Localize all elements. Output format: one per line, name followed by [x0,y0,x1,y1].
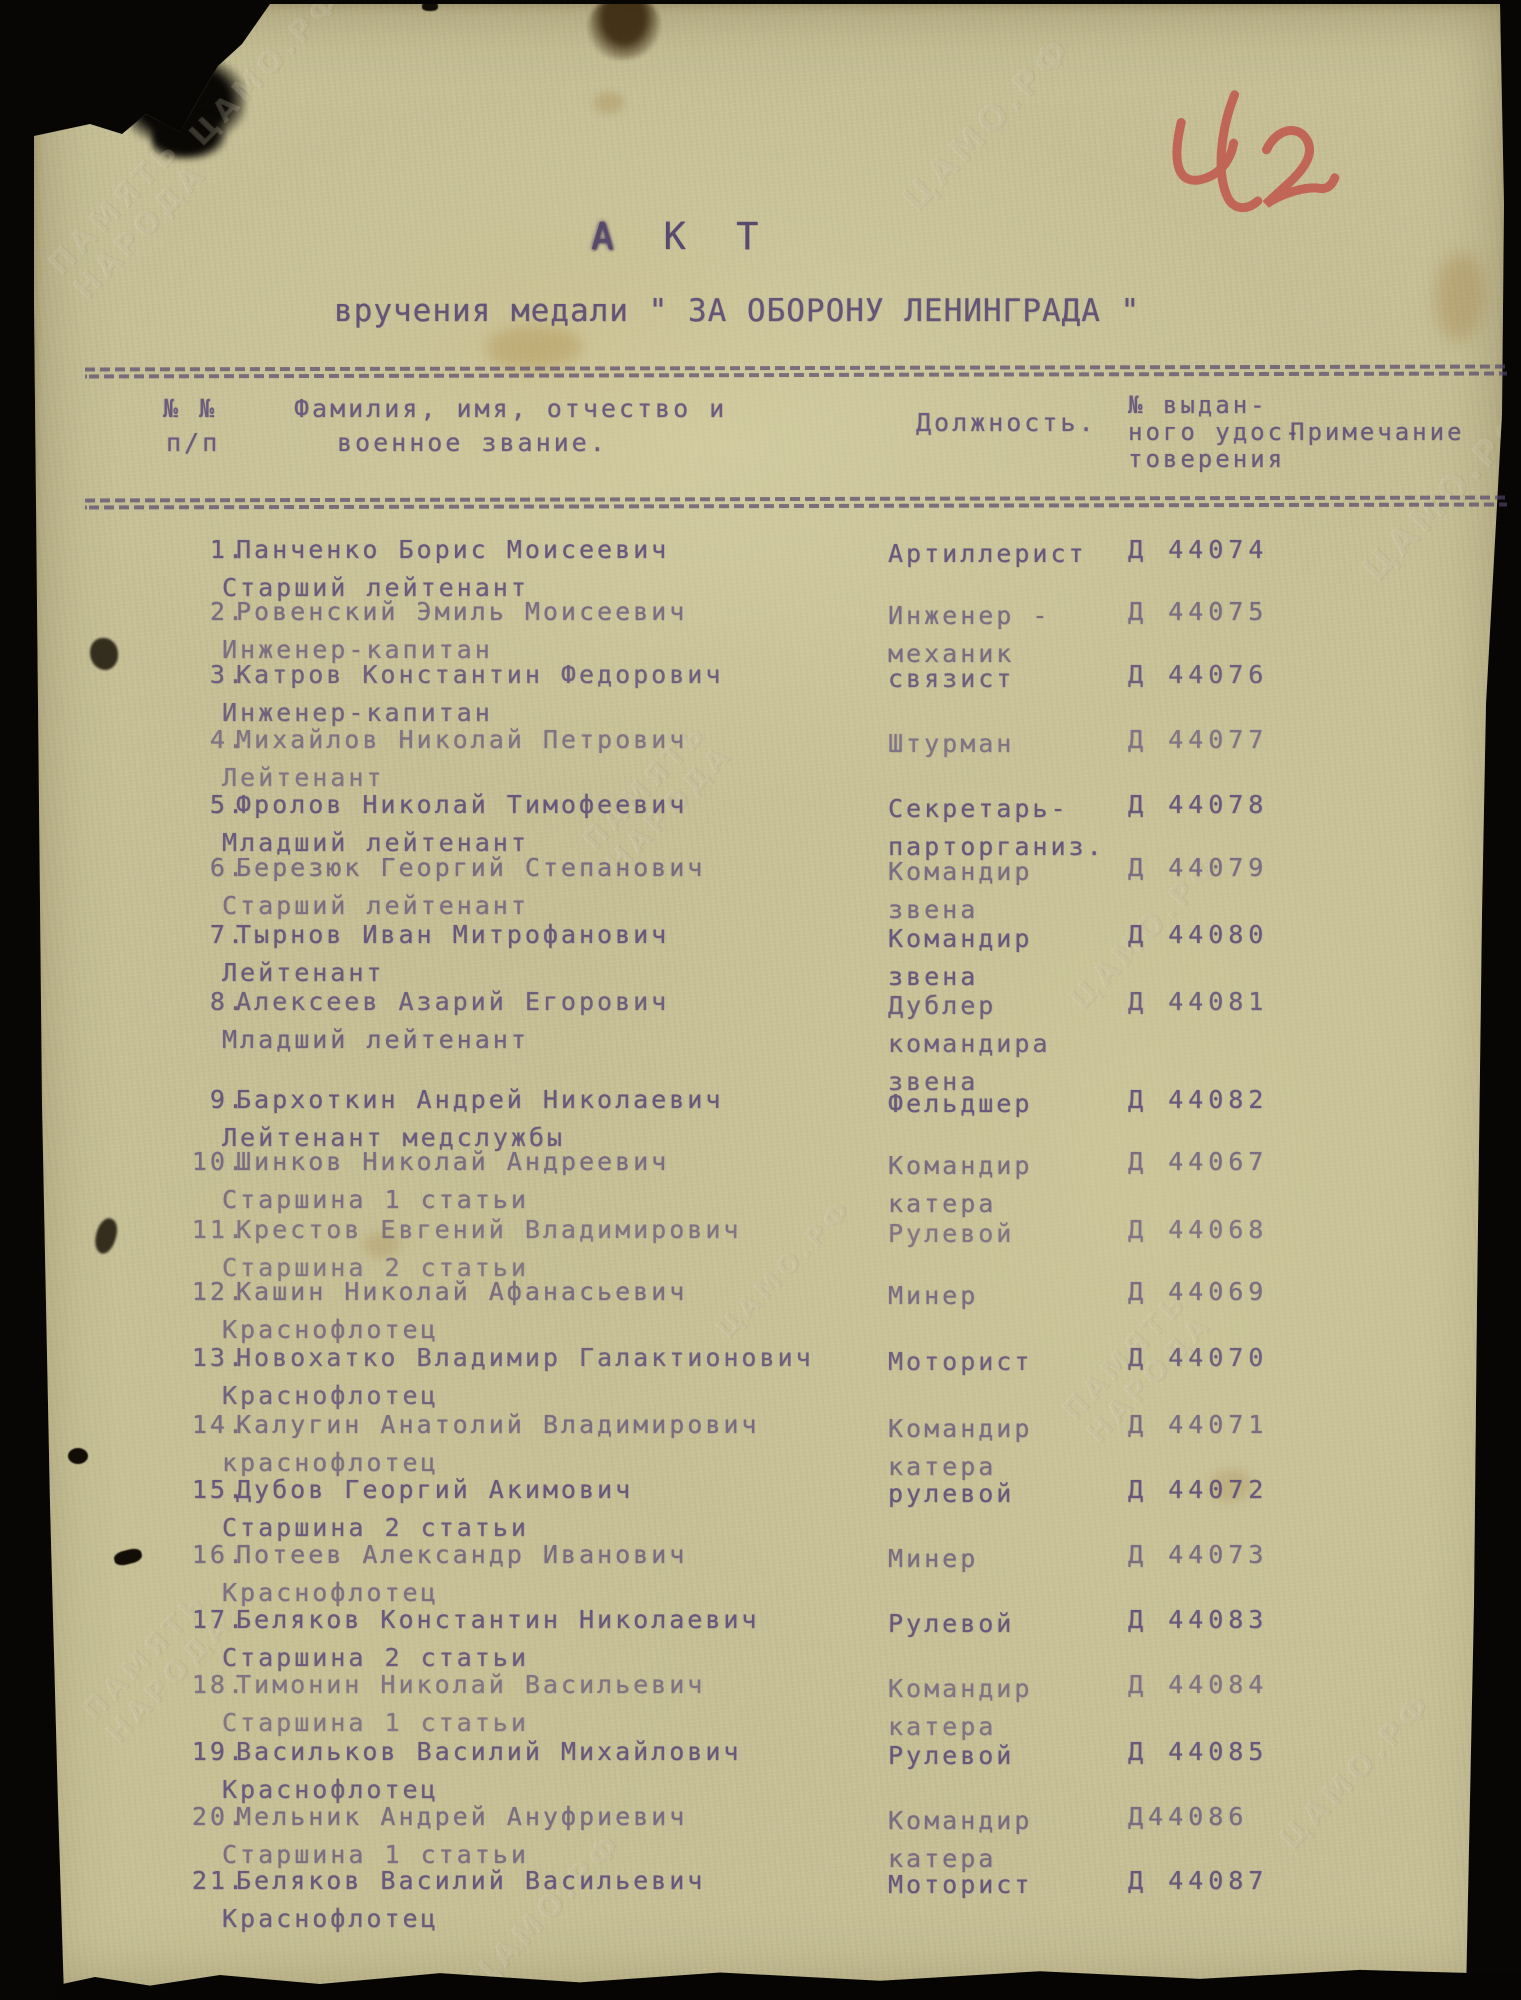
row-position: Фельдшер [888,1085,1032,1123]
row-position-line: Командир [888,1670,1032,1708]
row-name: Потеев Александр Иванович [236,1540,687,1570]
row-number: 11. [150,1215,246,1245]
row-name: Беляков Константин Николаевич [236,1605,760,1635]
row-number: 4. [150,725,246,755]
header-name-col-line1: Фамилия, имя, отчество и [294,394,727,424]
header-certificate-col-line2: ного удос- [1128,417,1303,447]
row-position: Артиллерист [888,535,1087,573]
row-name: Шинков Николай Андреевич [236,1147,669,1177]
row-position-line: Минер [888,1540,978,1578]
row-position-line: Моторист [888,1866,1032,1904]
row-name: Кашин Николай Афанасьевич [236,1277,687,1307]
row-rank: Краснофлотец [222,1578,439,1608]
row-name: Панченко Борис Моисеевич [236,535,669,565]
row-position: Дублеркомандиразвена [888,987,1050,1101]
handwritten-page-number [1143,66,1347,225]
row-name: Новохатко Владимир Галактионович [236,1343,814,1373]
row-position: Командирзвена [888,853,1032,929]
row-rank: краснофлотец [222,1448,439,1478]
row-number: 17. [150,1605,246,1635]
row-name: Беляков Василий Васильевич [236,1866,705,1896]
row-position: Командирзвена [888,920,1032,996]
row-name: Тырнов Иван Митрофанович [236,920,669,950]
header-certificate-col-line1: № выдан- [1128,390,1268,420]
header-number-col-line1: № № [163,394,217,424]
row-position-line: рулевой [888,1475,1014,1513]
row-position-line: Штурман [888,725,1014,763]
row-number: 20. [150,1802,246,1832]
row-position-line: Командир [888,853,1032,891]
row-number: 3. [150,660,246,690]
row-number: 19. [150,1737,246,1767]
table-rule-header-separator [85,496,1507,511]
row-name: Алексеев Азарий Егорович [236,987,669,1017]
row-number: 1. [150,535,246,565]
row-position-line: Рулевой [888,1737,1014,1775]
row-number: 10. [150,1147,246,1177]
row-position: Рулевой [888,1605,1014,1643]
row-rank: Старшина 1 статьи [222,1185,529,1215]
row-rank: Старший лейтенант [222,891,529,921]
row-name: Крестов Евгений Владимирович [236,1215,741,1245]
row-position-line: связист [888,660,1014,698]
row-certificate-number: Д 44080 [1128,920,1268,950]
row-rank: Лейтенант [222,763,384,793]
row-position: Командиркатера [888,1147,1032,1223]
row-certificate-number: Д 44084 [1128,1670,1268,1700]
row-certificate-number: Д 44067 [1128,1147,1268,1177]
row-certificate-number: Д 44083 [1128,1605,1268,1635]
row-rank: Инженер-капитан [222,698,493,728]
row-name: Бархоткин Андрей Николаевич [236,1085,723,1115]
row-number: 14. [150,1410,246,1440]
row-position-line: Командир [888,920,1032,958]
row-position-line: командира [888,1025,1050,1063]
row-number: 15. [150,1475,246,1505]
row-certificate-number: Д44086 [1128,1802,1248,1832]
row-number: 2. [150,597,246,627]
row-certificate-number: Д 44069 [1128,1277,1268,1307]
row-certificate-number: Д 44082 [1128,1085,1268,1115]
row-name: Мельник Андрей Ануфриевич [236,1802,687,1832]
row-rank: Старшина 2 статьи [222,1643,529,1673]
row-rank: Младший лейтенант [222,1025,529,1055]
row-number: 6. [150,853,246,883]
row-position: Минер [888,1277,978,1315]
table-row: 21. Беляков Василий Васильевич Краснофло… [0,1866,1521,1986]
row-position-line: Командир [888,1802,1032,1840]
row-name: Дубов Георгий Акимович [236,1475,633,1505]
header-certificate-col-line3: товерения [1128,444,1285,474]
document-title: А К Т [591,222,772,252]
row-number: 12. [150,1277,246,1307]
row-position-line: Дублер [888,987,1050,1025]
row-name: Михайлов Николай Петрович [236,725,687,755]
row-rank: Старшина 1 статьи [222,1708,529,1738]
row-position-line: Секретарь- [888,790,1105,828]
row-certificate-number: Д 44077 [1128,725,1268,755]
row-number: 13. [150,1343,246,1373]
row-certificate-number: Д 44071 [1128,1410,1268,1440]
row-position: рулевой [888,1475,1014,1513]
row-position: Моторист [888,1343,1032,1381]
row-position: Командиркатера [888,1670,1032,1746]
row-number: 18. [150,1670,246,1700]
row-position-line: Артиллерист [888,535,1087,573]
document-subtitle: вручения медали " ЗА ОБОРОНУ ЛЕНИНГРАДА … [334,296,1140,326]
row-number: 9. [150,1085,246,1115]
row-rank: Краснофлотец [222,1381,439,1411]
row-position-line: Моторист [888,1343,1032,1381]
row-certificate-number: Д 44081 [1128,987,1268,1017]
row-certificate-number: Д 44078 [1128,790,1268,820]
row-position-line: Командир [888,1147,1032,1185]
row-position-line: Инженер - [888,597,1050,635]
header-note-col: Примечание [1290,417,1465,447]
row-position: Штурман [888,725,1014,763]
row-position-line: Рулевой [888,1605,1014,1643]
row-name: Катров Константин Федорович [236,660,723,690]
row-name: Фролов Николай Тимофеевич [236,790,687,820]
row-name: Калугин Анатолий Владимирович [236,1410,760,1440]
row-name: Васильков Василий Михайлович [236,1737,741,1767]
row-rank: Краснофлотец [222,1904,439,1934]
row-certificate-number: Д 44074 [1128,535,1268,565]
header-name-col-line2: военное звание. [337,428,608,458]
document-content: А К Т вручения медали " ЗА ОБОРОНУ ЛЕНИН… [0,0,1521,2000]
row-certificate-number: Д 44087 [1128,1866,1268,1896]
row-certificate-number: Д 44068 [1128,1215,1268,1245]
row-certificate-number: Д 44072 [1128,1475,1268,1505]
row-number: 7. [150,920,246,950]
row-name: Березюк Георгий Степанович [236,853,705,883]
row-number: 21. [150,1866,246,1896]
row-number: 5. [150,790,246,820]
header-number-col-line2: п/п [166,428,220,458]
row-number: 16. [150,1540,246,1570]
row-position: Рулевой [888,1215,1014,1253]
row-name: Ровенский Эмиль Моисеевич [236,597,687,627]
row-certificate-number: Д 44070 [1128,1343,1268,1373]
row-rank: Краснофлотец [222,1775,439,1805]
row-name: Тимонин Николай Васильевич [236,1670,705,1700]
row-certificate-number: Д 44076 [1128,660,1268,690]
row-certificate-number: Д 44075 [1128,597,1268,627]
row-certificate-number: Д 44073 [1128,1540,1268,1570]
header-position-col: Должность. [916,408,1097,438]
row-certificate-number: Д 44085 [1128,1737,1268,1767]
row-rank: Краснофлотец [222,1315,439,1345]
row-position-line: Рулевой [888,1215,1014,1253]
row-position-line: Минер [888,1277,978,1315]
row-position: Минер [888,1540,978,1578]
row-certificate-number: Д 44079 [1128,853,1268,883]
row-position-line: Командир [888,1410,1032,1448]
row-position: Моторист [888,1866,1032,1904]
row-position: связист [888,660,1014,698]
table-rule-top [85,365,1507,380]
row-rank: Старшина 2 статьи [222,1513,529,1543]
row-number: 8. [150,987,246,1017]
row-rank: Лейтенант [222,958,384,988]
row-position-line: Фельдшер [888,1085,1032,1123]
row-position: Рулевой [888,1737,1014,1775]
